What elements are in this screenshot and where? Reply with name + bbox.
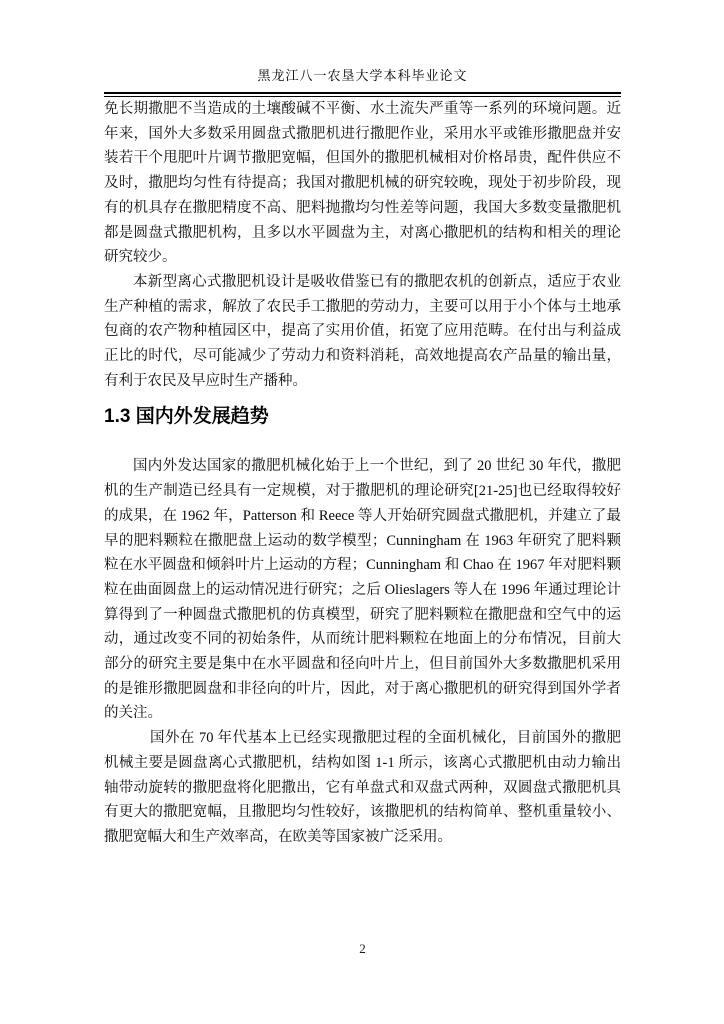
document-body: 免长期撒肥不当造成的土壤酸碱不平衡、水土流失严重等一系列的环境问题。近年来，国外…: [104, 97, 621, 850]
document-page: 黑龙江八一农垦大学本科毕业论文 免长期撒肥不当造成的土壤酸碱不平衡、水土流失严重…: [0, 0, 724, 1024]
page-header-title: 黑龙江八一农垦大学本科毕业论文: [104, 65, 621, 84]
section-heading-1-3: 1.3 国内外发展趋势: [104, 402, 621, 432]
paragraph-foreign-mechanization: 国外在 70 年代基本上已经实现撒肥过程的全面机械化，目前国外的撒肥机械主要是圆…: [104, 726, 621, 850]
paragraph-development-history: 国内外发达国家的撒肥机械化始于上一个世纪，到了 20 世纪 30 年代，撒肥机的…: [104, 454, 621, 726]
header-rule-thick: [104, 92, 621, 94]
paragraph-environment-issues: 免长期撒肥不当造成的土壤酸碱不平衡、水土流失严重等一系列的环境问题。近年来，国外…: [104, 97, 621, 270]
paragraph-new-design: 本新型离心式撒肥机设计是吸收借鉴已有的撒肥农机的创新点，适应于农业生产种植的需求…: [104, 270, 621, 394]
page-number: 2: [104, 941, 621, 957]
